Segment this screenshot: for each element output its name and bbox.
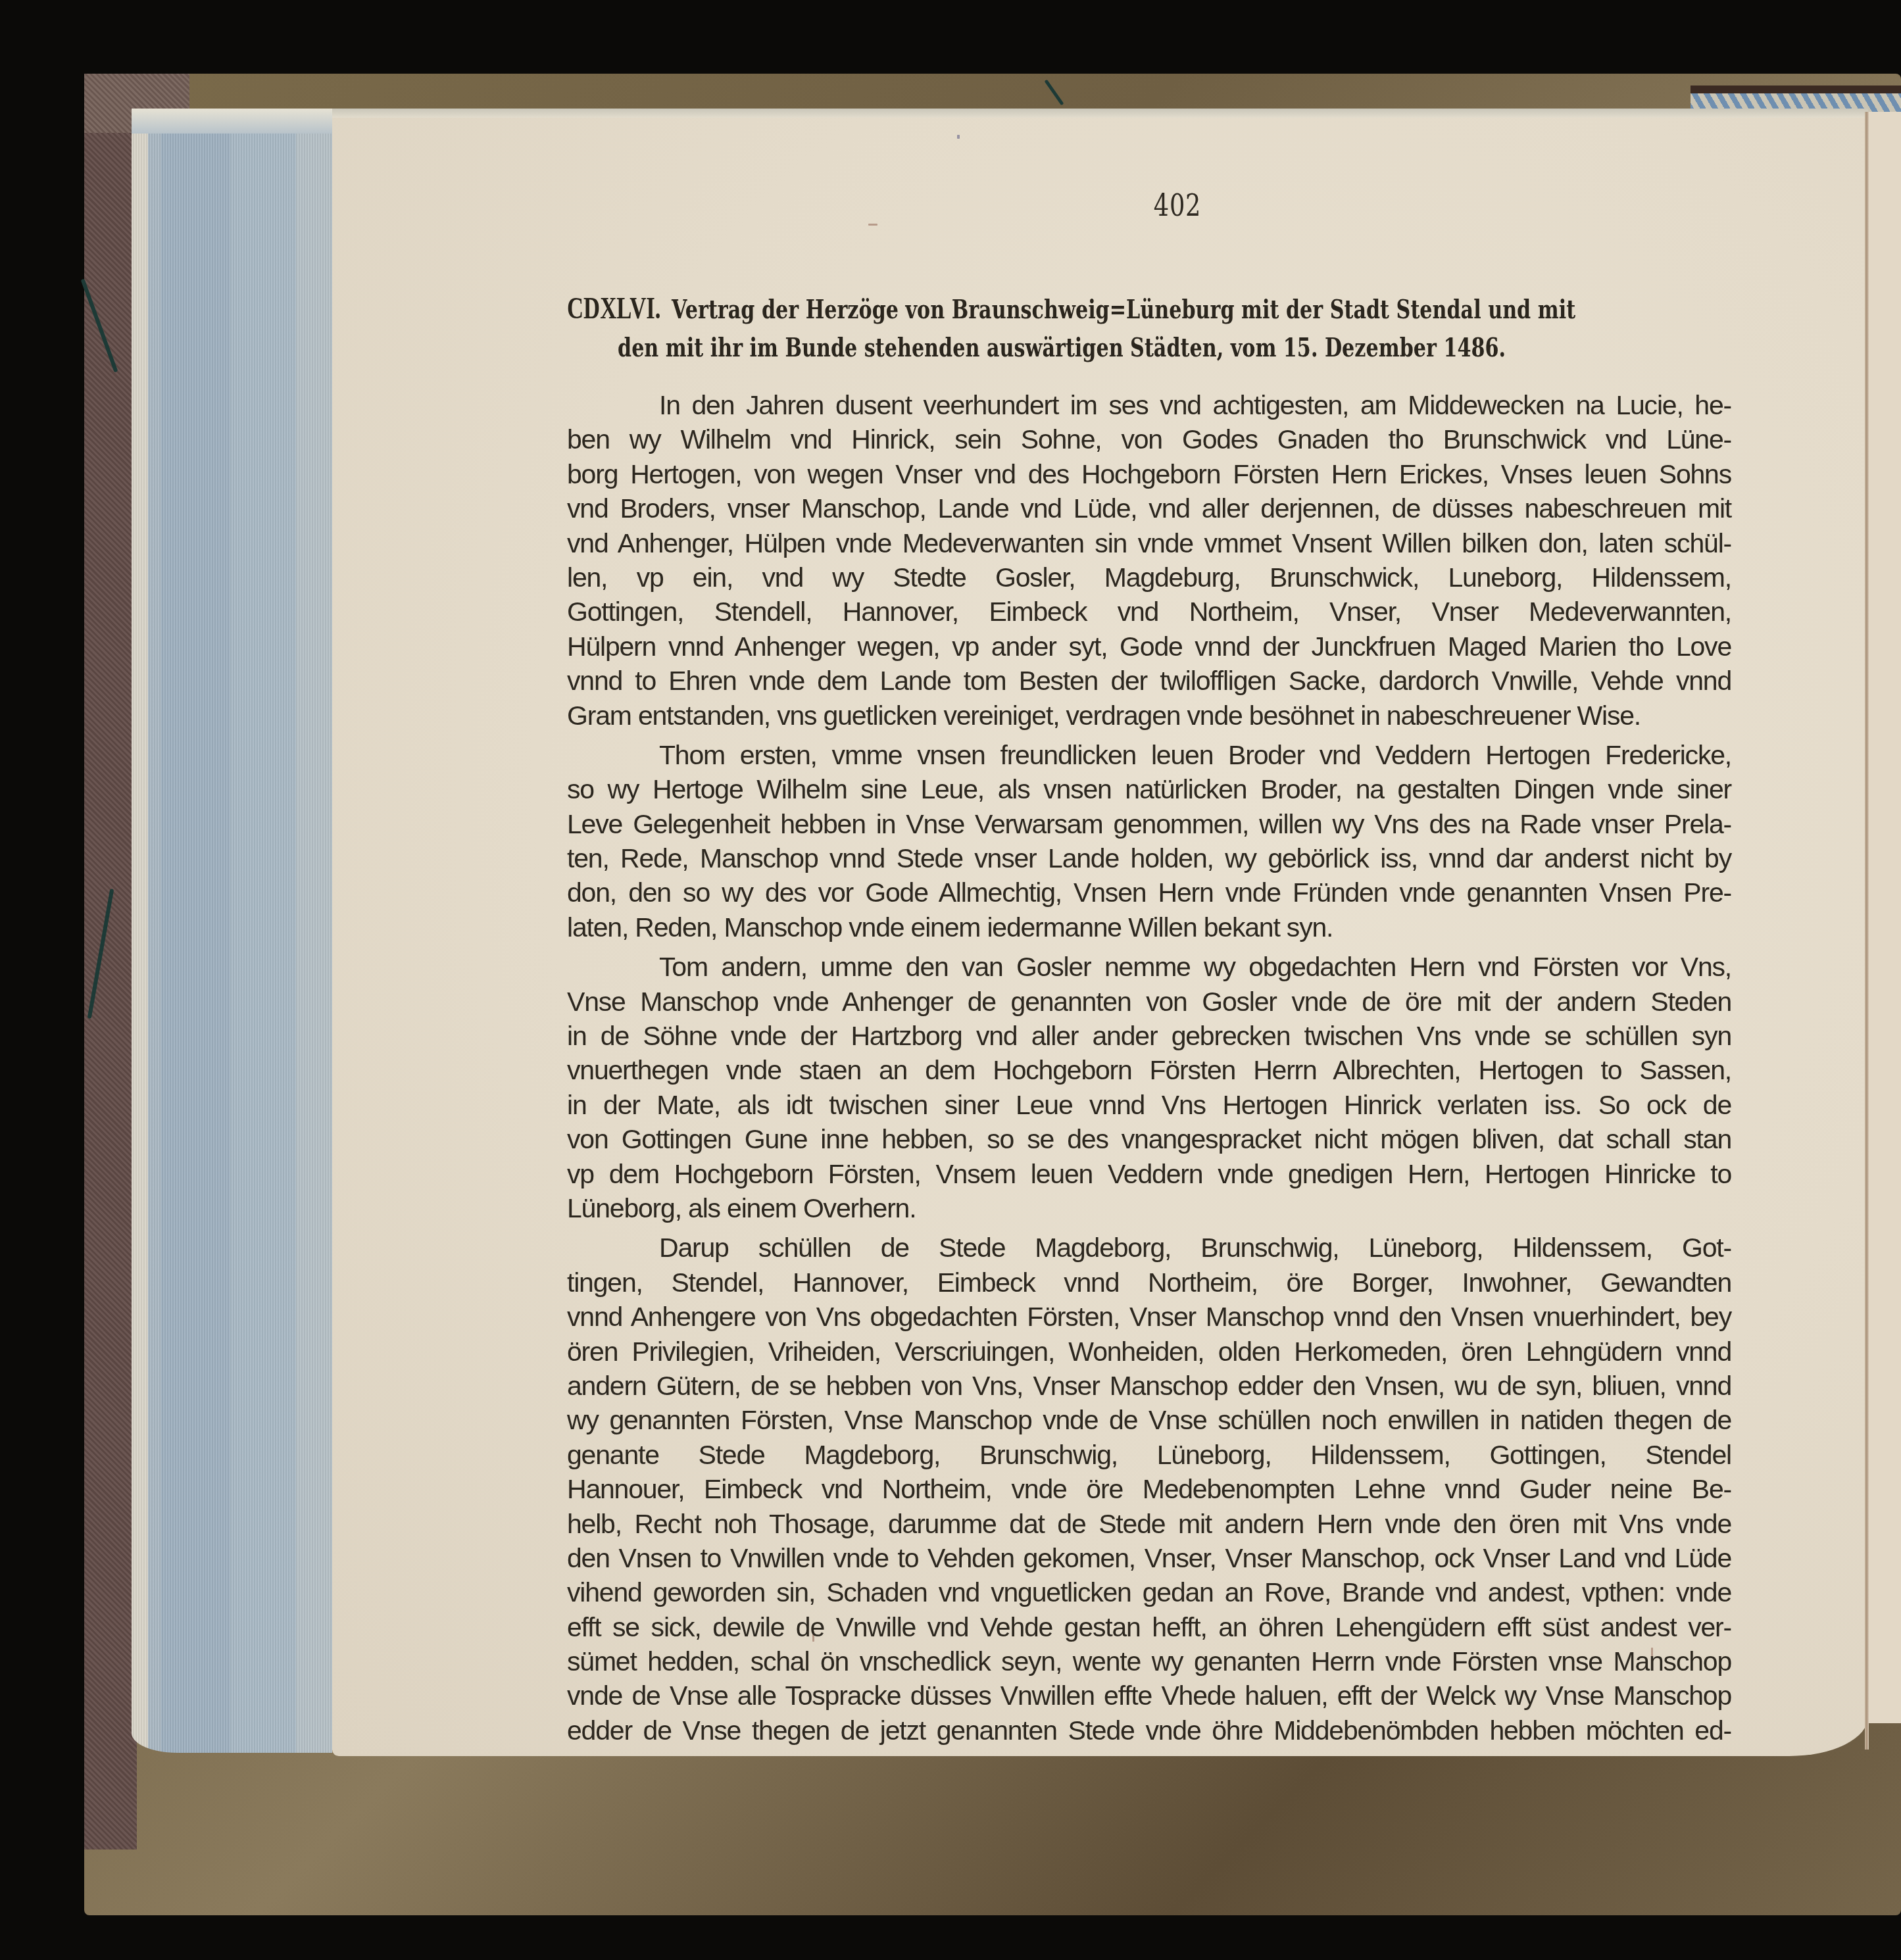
heading-line-2: den mit ihr im Bunde stehenden auswärtig…	[567, 329, 1451, 367]
text-line: von Gottingen Gune inne hebben, so se de…	[567, 1122, 1731, 1156]
text-line: genante Stede Magdeborg, Brunschwig, Lün…	[567, 1438, 1731, 1472]
text-line: Tom andern, umme den van Gosler nemme wy…	[567, 950, 1731, 984]
text-line: andern Gütern, de se hebben von Vns, Vns…	[567, 1369, 1731, 1403]
document-number: CDXLVI.	[567, 291, 661, 325]
heading-title-part-1: Vertrag der Herzöge von Braunschweig=Lün…	[672, 294, 1575, 325]
text-line: vihend geworden sin, Schaden vnd vnguetl…	[567, 1575, 1731, 1609]
text-line: laten, Reden, Manschop vnde einem iederm…	[567, 910, 1731, 944]
text-line: edder de Vnse thegen de jetzt genannten …	[567, 1713, 1731, 1748]
text-line: den Vnsen to Vnwillen vnde to Vehden gek…	[567, 1541, 1731, 1575]
text-line: helb, Recht noh Thosage, darumme dat de …	[567, 1507, 1731, 1541]
text-line: don, den so wy des vor Gode Allmechtig, …	[567, 875, 1731, 910]
text-line: In den Jahren dusent veerhundert im ses …	[567, 388, 1731, 422]
text-line: efft se sick, dewile de Vnwille vnd Vehd…	[567, 1610, 1731, 1644]
text-line: tingen, Stendel, Hannover, Eimbeck vnnd …	[567, 1265, 1731, 1300]
text-line: so wy Hertoge Wilhelm sine Leue, als vns…	[567, 772, 1731, 806]
text-line: ten, Rede, Manschop vnnd Stede vnser Lan…	[567, 841, 1731, 875]
page-top-edge	[332, 109, 1868, 118]
paper-speck	[868, 224, 877, 226]
text-line: vnuerthegen vnde staen an dem Hochgeborn…	[567, 1053, 1731, 1087]
text-line: Hülpern vnnd Anhenger wegen, vp ander sy…	[567, 629, 1731, 664]
text-line: borg Hertogen, von wegen Vnser vnd des H…	[567, 457, 1731, 491]
paper-speck	[957, 135, 960, 139]
text-line: vp dem Hochgeborn Försten, Vnsem leuen V…	[567, 1157, 1731, 1191]
text-line: vnd Broders, vnser Manschop, Lande vnd L…	[567, 491, 1731, 526]
text-line: vnnd to Ehren vnde dem Lande tom Besten …	[567, 664, 1731, 698]
text-line: ören Privilegien, Vriheiden, Verscriuing…	[567, 1335, 1731, 1369]
text-line: Leve Gelegenheit hebben in Vnse Verwarsa…	[567, 807, 1731, 841]
text-line: Darup schüllen de Stede Magdeborg, Bruns…	[567, 1231, 1731, 1265]
text-line: Vnse Manschop vnde Anhenger de genannten…	[567, 985, 1731, 1019]
page-stack-edge	[132, 109, 332, 1753]
text-line: vnd Anhenger, Hülpen vnde Medeverwanten …	[567, 526, 1731, 560]
text-line: Lüneborg, als einem Overhern.	[567, 1191, 1731, 1225]
document-heading: CDXLVI.Vertrag der Herzöge von Braunschw…	[567, 289, 1738, 367]
page-stack-top	[132, 109, 332, 134]
text-line: Thom ersten, vmme vnsen freundlicken leu…	[567, 738, 1731, 772]
text-line: vnnd Anhengere von Vns obgedachten Först…	[567, 1300, 1731, 1334]
text-line: ben wy Wilhelm vnd Hinrick, sein Sohne, …	[567, 422, 1731, 456]
text-line: in de Söhne vnde der Hartzborg vnd aller…	[567, 1019, 1731, 1053]
book-spine-cloth	[84, 74, 137, 1850]
text-line: sümet hedden, schal ön vnschedlick seyn,…	[567, 1644, 1731, 1678]
text-line: Gottingen, Stendell, Hannover, Eimbeck v…	[567, 595, 1731, 629]
text-line: Gram entstanden, vns guetlicken vereinig…	[567, 698, 1731, 733]
text-line: wy genannten Försten, Vnse Manschop vnde…	[567, 1403, 1731, 1437]
text-line: Hannouer, Eimbeck vnd Northeim, vnde öre…	[567, 1472, 1731, 1506]
heading-line-1: CDXLVI.Vertrag der Herzöge von Braunschw…	[567, 289, 1451, 329]
page-number: 402	[1125, 187, 1230, 223]
text-line: len, vp ein, vnd wy Stedte Gosler, Magde…	[567, 560, 1731, 595]
text-line: vnde de Vnse alle Tospracke düsses Vnwil…	[567, 1678, 1731, 1713]
facing-page-edge	[1869, 112, 1901, 1723]
text-line: in der Mate, als idt twischen siner Leue…	[567, 1088, 1731, 1122]
body-text: In den Jahren dusent veerhundert im ses …	[567, 388, 1731, 1748]
